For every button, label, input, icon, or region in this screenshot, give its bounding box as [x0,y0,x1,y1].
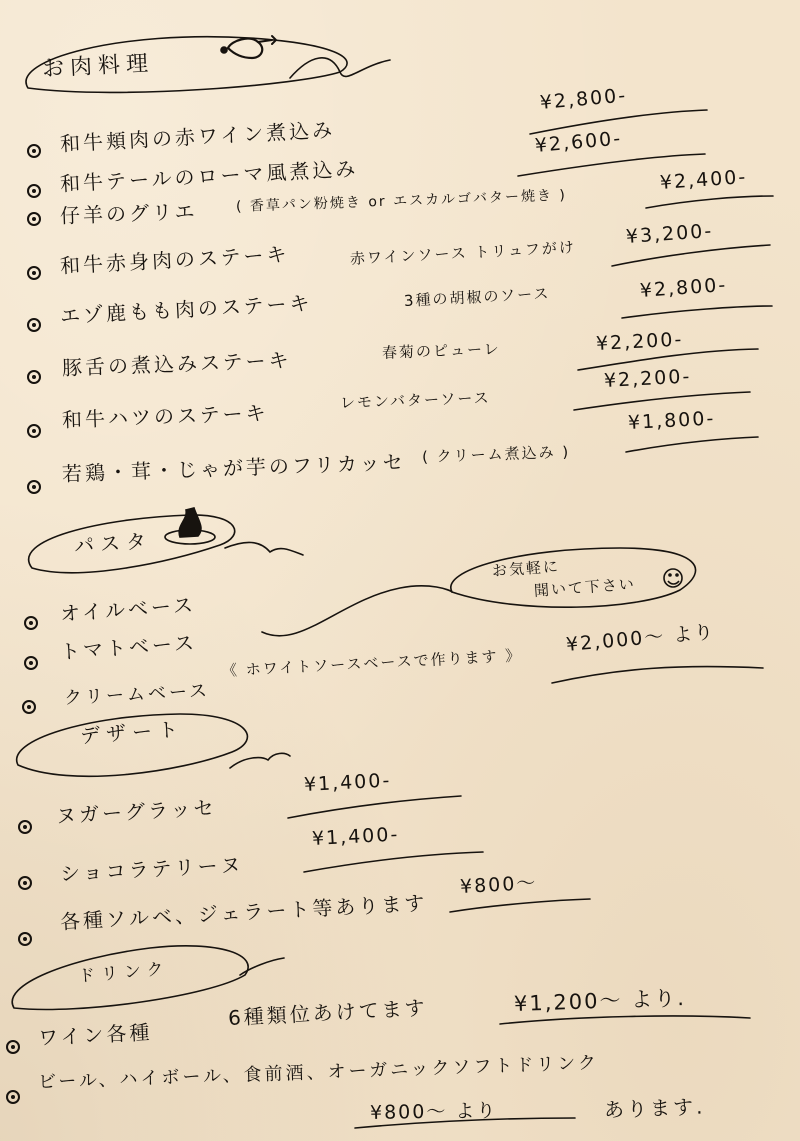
menu-item-price: ¥1,400- [311,823,399,850]
menu-item-price: ¥1,400- [303,769,391,796]
menu-item-name: 仔羊のグリエ [59,195,198,229]
menu-item-name: 若鶏・茸・じゃが芋のフリカッセ [61,446,406,487]
menu-item-price: ¥2,600- [534,127,623,157]
bullet-icon [18,932,32,946]
menu-item-note: 3種の胡椒のソース [403,282,550,311]
bullet-icon [27,144,41,158]
menu-item-price: ¥1,800- [627,407,715,434]
callout-line1: お気軽に [491,555,560,581]
menu-item-note: ( 香草パン粉焼き or エスカルゴバター焼き ) [236,184,568,216]
bullet-icon [22,700,36,714]
menu-item-suffix: あります. [603,1090,705,1123]
pasta-plate-icon [165,505,217,545]
menu-item-price: ¥3,200- [625,220,714,248]
bullet-icon [6,1040,20,1054]
menu-item-price: ¥2,200- [603,365,691,392]
menu-item-note: 6種類位あけてます [227,992,428,1031]
menu-item-price: ¥1,200〜 より. [513,982,686,1018]
section-title-pasta: パスタ [73,525,153,559]
section-title-drink: ドリンク [77,954,171,987]
menu-item-price: ¥800〜 より [370,1096,498,1125]
menu-item-name: トマトベース [59,626,198,664]
menu-item-name: ショコラテリーヌ [59,848,244,887]
section-title-dessert: デザート [79,713,185,749]
menu-item-name: ワイン各種 [37,1016,153,1051]
menu-item-note: ( クリーム煮込み ) [422,441,571,467]
menu-item-name: 各種ソルベ、ジェラート等あります [59,887,428,935]
bullet-icon [27,184,41,198]
bullet-icon [27,424,41,438]
bullet-icon [6,1090,20,1104]
menu-item-name: エゾ鹿もも肉のステーキ [59,287,313,329]
menu-item-price: ¥2,800- [639,274,728,302]
menu-item-name: 和牛頬肉の赤ワイン煮込み [59,114,336,157]
menu-item-price: ¥800〜 [459,868,538,899]
menu-item-price: ¥2,800- [539,84,628,114]
bullet-icon [18,876,32,890]
pasta-price: ¥2,000〜 より [565,617,716,657]
menu-item-name: 和牛ハツのステーキ [61,397,268,433]
menu-item-name: 豚舌の煮込みステーキ [61,344,291,381]
handwritten-menu-page: お肉料理 和牛頬肉の赤ワイン煮込み ¥2,800- 和牛テールのローマ風煮込み … [0,0,800,1141]
menu-item-name: ヌガーグラッセ [55,792,217,829]
menu-item-price: ¥2,400- [659,166,748,194]
section-title-meat: お肉料理 [41,46,154,83]
menu-item-note: 春菊のピューレ [382,338,501,363]
menu-item-name: オイルベース [59,589,197,627]
menu-item-note: 赤ワインソース トリュフがけ [349,236,576,269]
meat-on-bone-icon [222,36,278,62]
menu-item-name: 和牛テールのローマ風煮込み [59,152,359,197]
bullet-icon [24,656,38,670]
menu-item-note: レモンバターソース [340,387,491,413]
menu-item-name: ビール、ハイボール、食前酒、オーガニックソフトドリンク [38,1048,600,1094]
menu-item-name: 和牛赤身肉のステーキ [59,238,290,279]
smiley-face-icon [664,569,682,587]
callout-line2: 聞いて下さい [533,573,636,601]
bullet-icon [27,480,41,494]
menu-item-name: クリームベース [63,676,210,710]
bullet-icon [27,212,41,226]
menu-item-note: 《 ホワイトソースベースで作ります 》 [221,644,522,681]
bullet-icon [18,820,32,834]
bullet-icon [27,370,41,384]
bullet-icon [27,318,41,332]
bullet-icon [24,616,38,630]
menu-item-price: ¥2,200- [595,328,683,355]
bullet-icon [27,266,41,280]
